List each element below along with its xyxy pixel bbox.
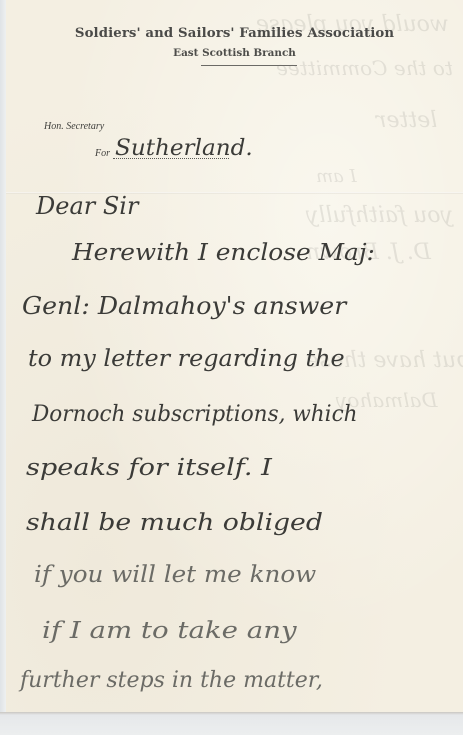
letterhead-title: Soldiers' and Sailors' Families Associat…: [6, 26, 463, 41]
letter-line: speaks for itself. I: [26, 455, 272, 481]
letter-page: would you please to the Committee letter…: [6, 0, 463, 712]
letter-line: shall be much obliged: [26, 510, 323, 536]
letterhead-divider: [201, 65, 297, 66]
bleed-through-text: to the Committee: [276, 56, 453, 80]
letter-line: to my letter regarding the: [28, 346, 345, 372]
letterhead-subtitle: East Scottish Branch: [6, 47, 463, 59]
hon-secretary-label: Hon. Secretary: [44, 121, 104, 132]
letter-line: Dornoch subscriptions, which: [32, 402, 358, 427]
for-label: For: [95, 148, 110, 159]
letter-line: further steps in the matter,: [20, 668, 323, 693]
for-value-handwritten: Sutherland.: [115, 136, 253, 161]
bleed-through-text: you faithfully: [306, 203, 453, 228]
salutation: Dear Sir: [36, 192, 138, 220]
letter-line: Herewith I enclose Maj:: [72, 240, 375, 266]
letter-line: if you will let me know: [34, 562, 316, 588]
bleed-through-text: letter: [376, 108, 437, 133]
letter-line: Genl: Dalmahoy's answer: [22, 292, 346, 320]
letter-line: if I am to take any: [42, 618, 297, 644]
bleed-through-text: I am: [316, 166, 357, 187]
scan-bottom-edge: [0, 712, 463, 735]
